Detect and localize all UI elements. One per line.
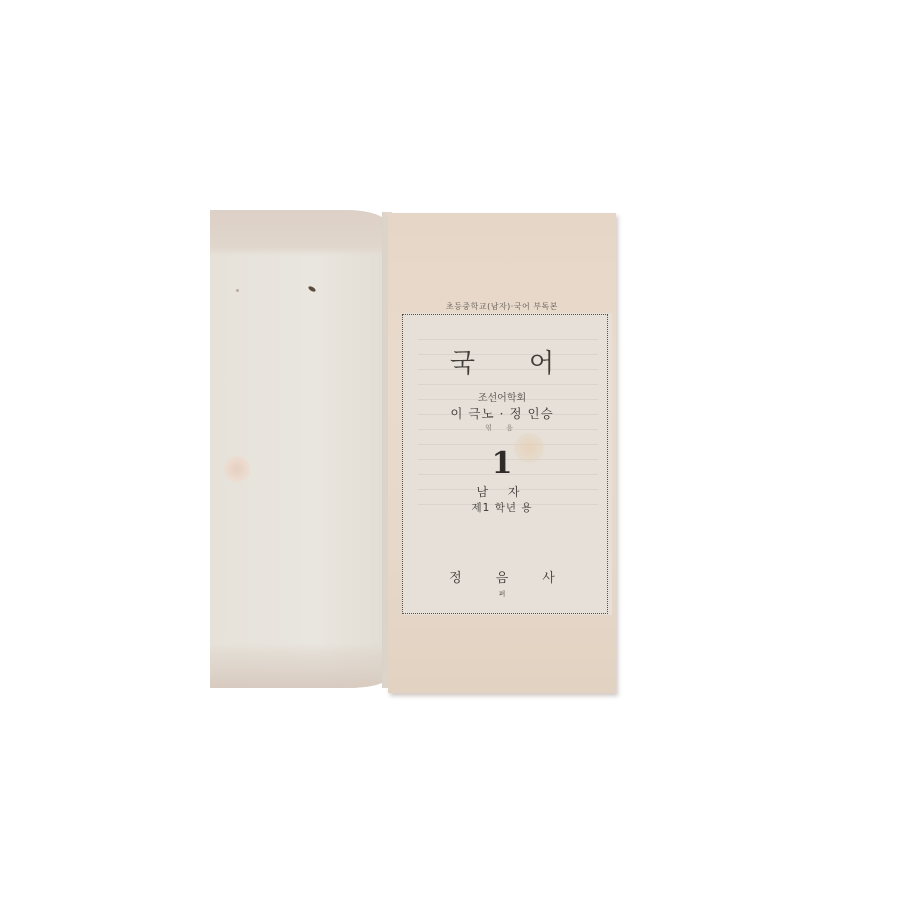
series-line: 초등중학교(남자)·국어 부독본	[388, 301, 616, 312]
book-title: 국 어	[388, 343, 616, 379]
small-speck	[236, 289, 239, 292]
gender-label: 남 자	[388, 483, 616, 500]
publisher: 정 음 사	[388, 567, 616, 586]
publisher-char: 음	[496, 567, 509, 586]
authors: 이 극노 · 정 인승	[388, 404, 616, 422]
publisher-char: 사	[542, 567, 555, 586]
ink-speck	[308, 285, 317, 292]
title-page: 초등중학교(남자)·국어 부독본 국 어 조선어학회 이 극노 · 정 인승 엮…	[388, 213, 616, 693]
title-char: 국	[450, 343, 475, 379]
left-page	[210, 210, 387, 688]
left-page-bottom-discoloration	[210, 643, 387, 688]
organization: 조선어학회	[388, 389, 616, 404]
title-char: 어	[529, 343, 554, 379]
volume-number: 1	[388, 446, 616, 481]
grade-label: 제1 학년 용	[388, 500, 616, 515]
stain-spot	[224, 456, 250, 482]
left-page-top-discoloration	[210, 210, 387, 256]
author-role: 엮 음	[388, 423, 616, 433]
open-book-photo: 초등중학교(남자)·국어 부독본 국 어 조선어학회 이 극노 · 정 인승 엮…	[0, 0, 900, 900]
publisher-char: 정	[449, 567, 462, 586]
publisher-suffix: 펴	[388, 589, 616, 599]
